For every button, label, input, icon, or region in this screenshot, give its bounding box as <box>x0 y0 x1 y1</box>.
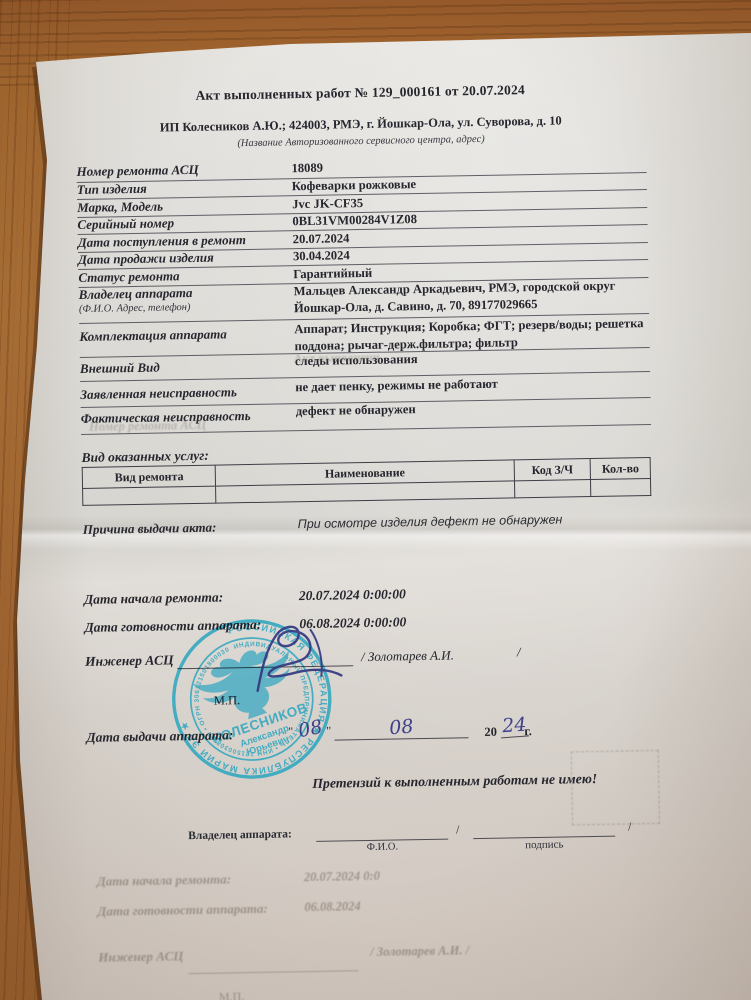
showthrough-text: Инженер АСЦ <box>98 948 183 965</box>
owner-sign-label: Владелец аппарата: <box>188 828 292 842</box>
showthrough-text: Дата начала ремонта: <box>97 871 231 889</box>
repair-start-value: 20.07.2024 0:00:00 <box>299 586 406 604</box>
engineer-label: Инженер АСЦ <box>85 652 174 670</box>
showthrough-text: 06.08.2024 <box>304 899 361 915</box>
col-repair-type: Вид ремонта <box>82 465 216 488</box>
act-reason-label: Причина выдачи акта: <box>83 520 217 538</box>
showthrough-text: М.П. <box>219 989 245 1000</box>
photo-scene: Акт выполненных работ № 129_000161 от 20… <box>0 0 751 1000</box>
showthrough-table-outline <box>571 750 660 826</box>
podpis-caption: подпись <box>473 838 615 852</box>
owner-fio-line <box>316 826 448 842</box>
field-value: Мальцев Александр Аркадьевич, РМЭ, город… <box>294 277 648 316</box>
engineer-signature-ink <box>222 619 353 699</box>
act-reason-value: При осмотре изделия дефект не обнаружен <box>298 513 563 532</box>
owner-signature-line <box>473 823 615 839</box>
month-line: 08 <box>334 723 468 740</box>
showthrough-line <box>188 958 358 974</box>
open-quote: " <box>288 724 293 739</box>
col-qty: Кол-во <box>590 458 650 480</box>
year-suffix: г. <box>524 724 532 739</box>
slash: / <box>628 819 632 834</box>
year-prefix: 20 <box>484 725 497 740</box>
showthrough-text: Дата готовности аппарата: <box>97 901 268 920</box>
engineer-slash: / <box>517 644 521 660</box>
repair-act-document: Акт выполненных работ № 129_000161 от 20… <box>75 74 664 1000</box>
showthrough-text: / Золотарев А.И. / <box>370 943 469 960</box>
engineer-name: / Золотарев А.И. <box>361 647 454 665</box>
handwritten-day: 08 <box>296 716 324 742</box>
document-paper: Акт выполненных работ № 129_000161 от 20… <box>0 0 751 1000</box>
services-heading: Вид оказанных услуг: <box>81 448 209 466</box>
fio-caption: Ф.И.О. <box>316 841 448 854</box>
showthrough-text: 20.07.2024 0:0 <box>304 869 380 885</box>
handwritten-month: 08 <box>388 715 414 739</box>
issue-date-label: Дата выдачи аппарата: <box>86 727 233 746</box>
repair-start-label: Дата начала ремонта: <box>84 589 223 607</box>
document-title: Акт выполненных работ № 129_000161 от 20… <box>75 80 645 106</box>
showthrough-text: Акт выполненн <box>294 350 380 366</box>
showthrough-text: Номер ремонта АСЦ <box>89 418 207 435</box>
slash: / <box>456 822 460 837</box>
col-part-code: Код З/Ч <box>514 459 591 481</box>
close-quote: " <box>326 724 331 739</box>
